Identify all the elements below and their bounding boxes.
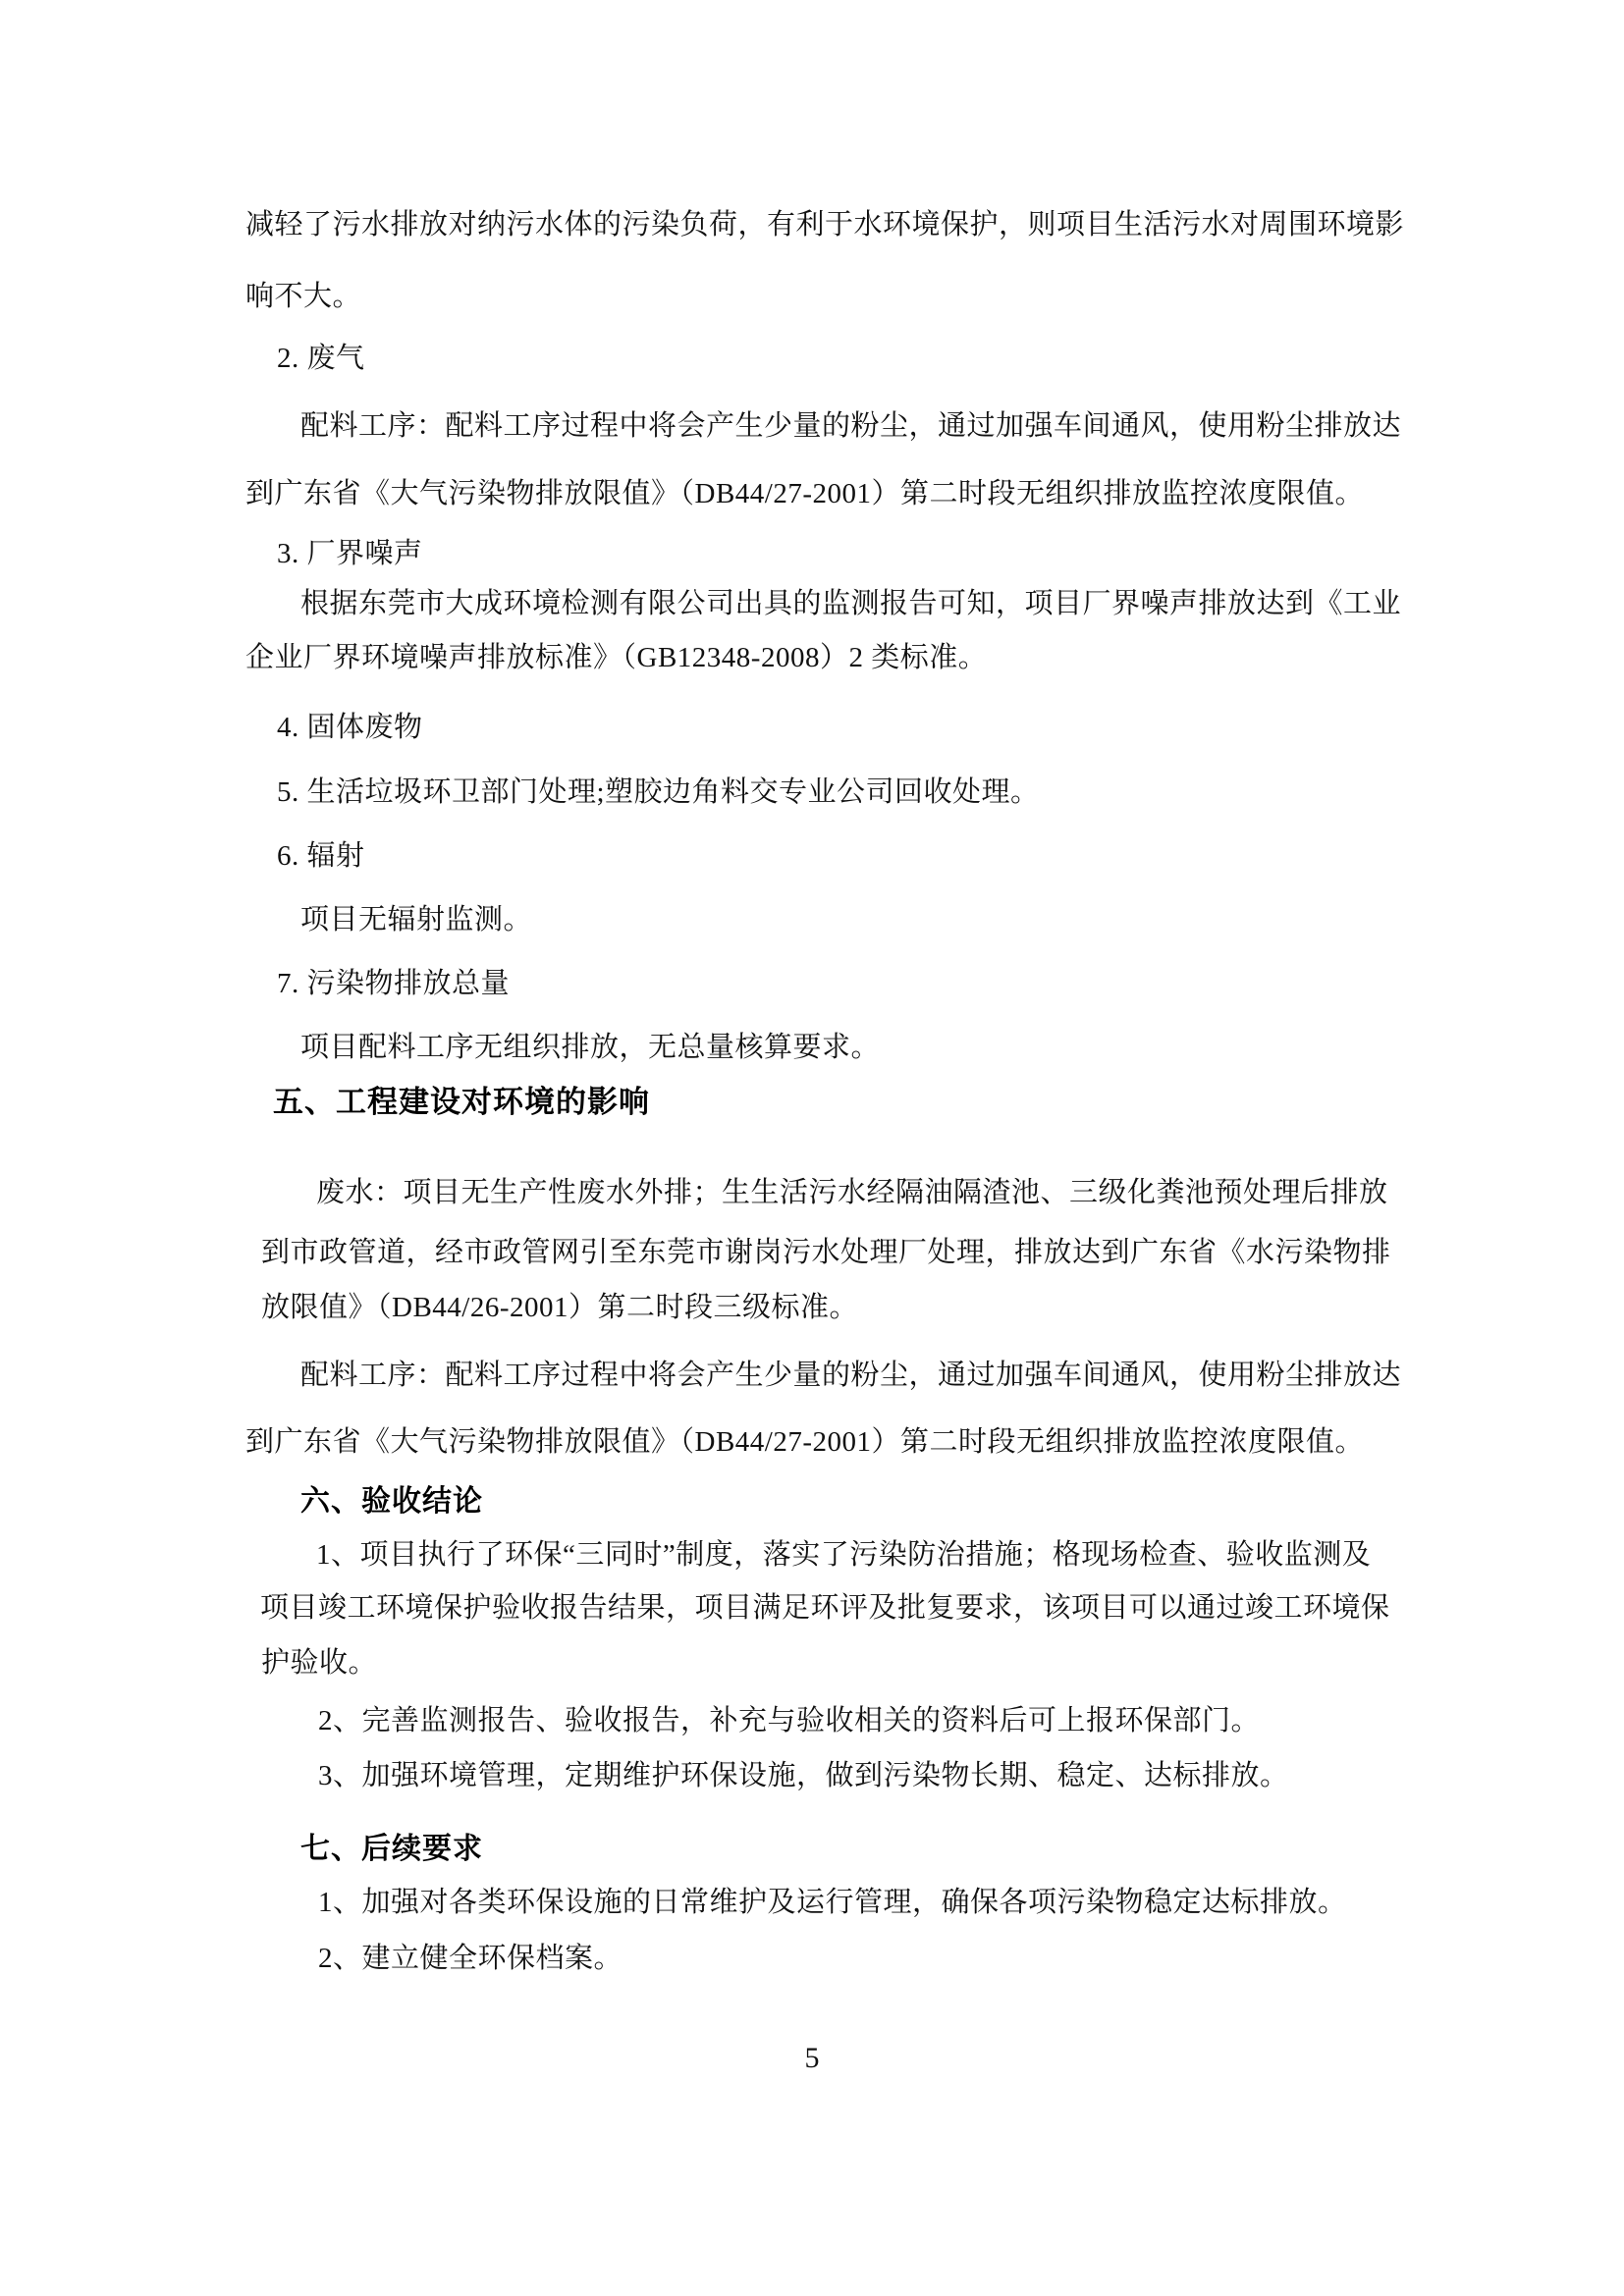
text-line-19: 配料工序：配料工序过程中将会产生少量的粉尘，通过加强车间通风，使用粉尘排放达 xyxy=(300,1359,1401,1393)
heading-section-5-environmental-impact: 五、工程建设对环境的影响 xyxy=(273,1084,650,1120)
text-line-28: 1、加强对各类环保设施的日常维护及运行管理，确保各项污染物稳定达标排放。 xyxy=(318,1886,1347,1920)
list-item-3-boundary-noise: 3. 厂界噪声 xyxy=(277,537,423,571)
heading-section-6-acceptance-conclusion: 六、验收结论 xyxy=(300,1484,483,1520)
document-page: 减轻了污水排放对纳污水体的污染负荷，有利于水环境保护，则项目生活污水对周围环境影… xyxy=(0,0,1624,2296)
page-number: 5 xyxy=(0,2042,1624,2075)
text-line-2: 响不大。 xyxy=(245,280,361,314)
list-item-5-domestic-garbage: 5. 生活垃圾环卫部门处理;塑胶边角料交专业公司回收处理。 xyxy=(277,775,1040,810)
text-line-7: 根据东莞市大成环境检测有限公司出具的监测报告可知，项目厂界噪声排放达到《工业 xyxy=(300,587,1401,621)
list-item-4-solid-waste: 4. 固体废物 xyxy=(277,711,423,745)
text-line-8: 企业厂界环境噪声排放标准》（GB12348-2008）2 类标准。 xyxy=(245,641,987,675)
text-line-18: 放限值》（DB44/26-2001）第二时段三级标准。 xyxy=(261,1291,858,1325)
text-line-1: 减轻了污水排放对纳污水体的污染负荷，有利于水环境保护，则项目生活污水对周围环境影 xyxy=(245,208,1404,242)
list-item-7-pollutant-total: 7. 污染物排放总量 xyxy=(277,967,510,1001)
list-item-2-waste-gas: 2. 废气 xyxy=(277,342,365,376)
text-line-25: 2、完善监测报告、验收报告，补充与验收相关的资料后可上报环保部门。 xyxy=(318,1704,1260,1738)
text-line-26: 3、加强环境管理，定期维护环保设施，做到污染物长期、稳定、达标排放。 xyxy=(318,1759,1289,1793)
heading-section-7-follow-up-requirements: 七、后续要求 xyxy=(300,1832,483,1867)
text-line-17: 到市政管道，经市政管网引至东莞市谢岗污水处理厂处理，排放达到广东省《水污染物排 xyxy=(261,1236,1391,1270)
text-line-22: 1、项目执行了环保“三同时”制度，落实了污染防治措施；格现场检查、验收监测及 xyxy=(316,1538,1371,1573)
text-line-29: 2、建立健全环保档案。 xyxy=(318,1942,623,1976)
text-line-4: 配料工序：配料工序过程中将会产生少量的粉尘，通过加强车间通风，使用粉尘排放达 xyxy=(300,409,1401,444)
text-line-5: 到广东省《大气污染物排放限值》（DB44/27-2001）第二时段无组织排放监控… xyxy=(245,477,1364,511)
text-line-16: 废水：项目无生产性废水外排；生生活污水经隔油隔渣池、三级化粪池预处理后排放 xyxy=(316,1176,1388,1210)
text-line-20: 到广东省《大气污染物排放限值》（DB44/27-2001）第二时段无组织排放监控… xyxy=(245,1425,1364,1460)
text-line-12: 项目无辐射监测。 xyxy=(300,903,532,937)
text-line-23: 项目竣工环境保护验收报告结果，项目满足环评及批复要求，该项目可以通过竣工环境保 xyxy=(260,1591,1390,1626)
text-line-14: 项目配料工序无组织排放，无总量核算要求。 xyxy=(300,1031,880,1065)
text-line-24: 护验收。 xyxy=(261,1646,377,1681)
list-item-6-radiation: 6. 辐射 xyxy=(277,839,365,874)
